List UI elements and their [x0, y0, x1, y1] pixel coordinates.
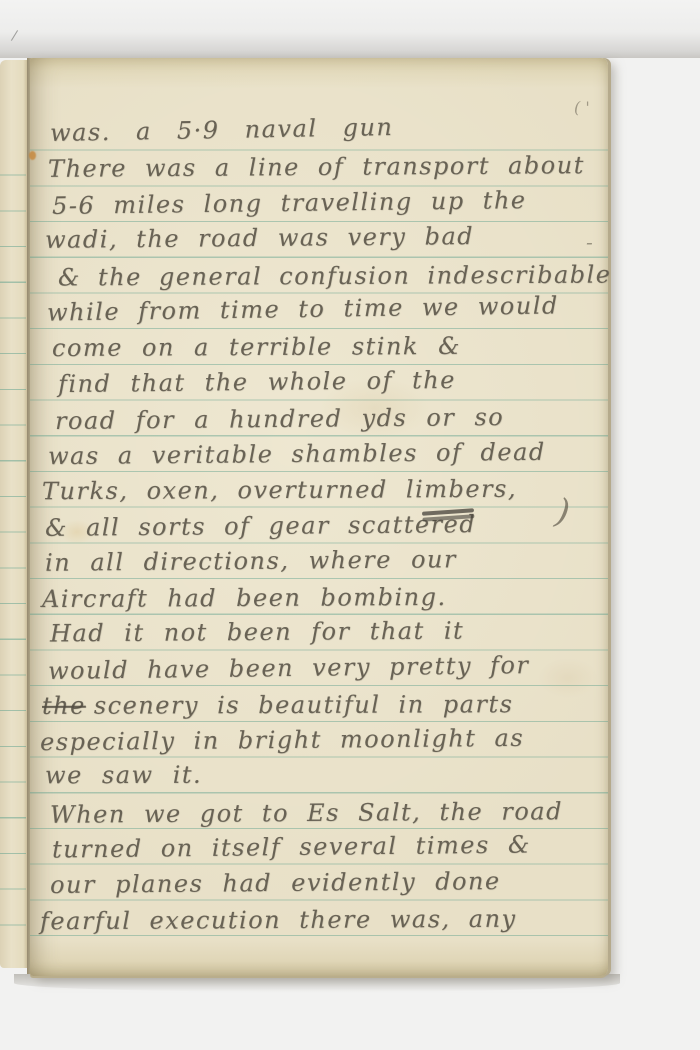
handwriting-line: Had it not been for that it [50, 616, 464, 647]
handwriting-line: wadi, the road was very bad [45, 222, 474, 254]
handwriting-line: Turks, oxen, overturned limbers, [42, 474, 517, 504]
handwriting-line: 5-6 miles long travelling up the [52, 186, 527, 220]
handwriting-line: & all sorts of gear scattered [45, 511, 476, 543]
handwriting-line: was. a 5·9 naval gun [50, 113, 394, 147]
handwriting-line: thescenery is beautiful in parts [42, 690, 513, 720]
handwriting-line: & the general confusion indescribable [58, 260, 612, 291]
handwriting-line: fearful execution there was, any [40, 905, 517, 935]
dash-mark: - [586, 230, 593, 254]
handwriting-line: There was a line of transport about [48, 152, 585, 184]
struck-word: the [42, 692, 86, 720]
pencil-tick-mark: ( ' [574, 98, 590, 117]
handwriting-line: road for a hundred yds or so [55, 403, 504, 435]
handwriting-line: we saw it. [45, 761, 202, 790]
handwriting-line: in all directions, where our [45, 545, 457, 577]
previous-page-ruled-lines [0, 140, 26, 958]
handwriting-line: When we got to Es Salt, the road [50, 797, 563, 829]
handwriting-line: especially in bright moonlight as [40, 723, 524, 755]
notebook-page: was. a 5·9 naval gunThere was a line of … [30, 58, 608, 976]
handwriting-line: our planes had evidently done [50, 867, 501, 899]
handwriting-line: was a veritable shambles of dead [48, 438, 546, 470]
handwriting-line: Aircraft had been bombing. [42, 583, 447, 613]
page-bottom-shadow [14, 974, 620, 992]
handwriting-line: turned on itself several times & [52, 830, 531, 863]
stain [538, 658, 598, 698]
scanned-notebook: / was. a 5·9 naval gunThere was a line o… [0, 0, 700, 1050]
page-top-shadow [0, 0, 700, 58]
previous-page-edge [0, 60, 29, 968]
handwriting-line: come on a terrible stink & [52, 332, 461, 362]
handwriting-line: find that the whole of the [58, 366, 456, 398]
stain [29, 151, 36, 160]
